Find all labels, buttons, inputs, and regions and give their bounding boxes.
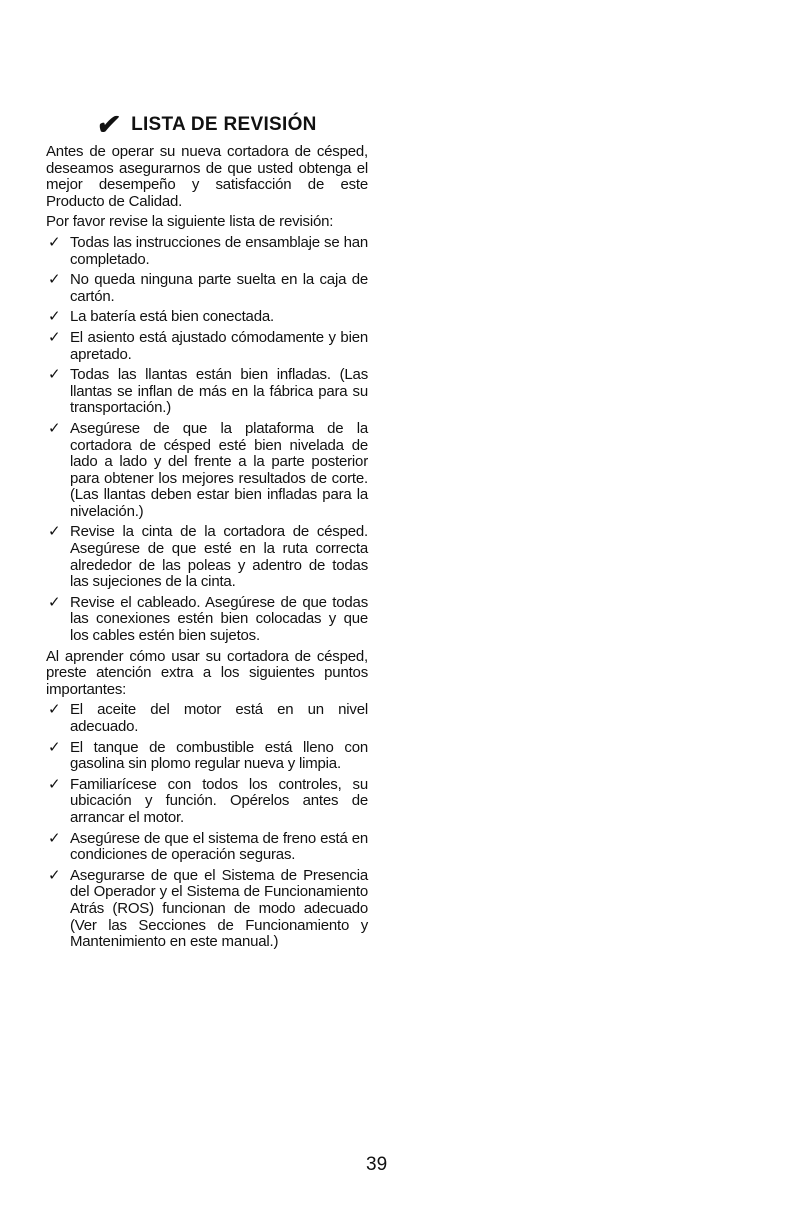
document-page: ✔ LISTA DE REVISIÓN Antes de operar su n… <box>0 0 791 1223</box>
checklist-item: ✓Revise el cableado. Asegúrese de que to… <box>46 595 368 645</box>
prompt-paragraph: Por favor revise la siguiente lista de r… <box>46 214 368 231</box>
operation-intro-paragraph: Al aprender cómo usar su cortadora de cé… <box>46 649 368 699</box>
check-icon: ✓ <box>48 272 60 289</box>
intro-paragraph: Antes de operar su nueva cortadora de cé… <box>46 144 368 210</box>
check-icon: ✓ <box>48 831 60 848</box>
checklist-item: ✓El aceite del motor está en un nivel ad… <box>46 702 368 735</box>
check-icon: ✓ <box>48 330 60 347</box>
check-icon: ✓ <box>48 309 60 326</box>
checklist-item: ✓El asiento está ajustado cómodamente y … <box>46 330 368 363</box>
checklist-item: ✓Asegurarse de que el Sistema de Presenc… <box>46 868 368 951</box>
check-icon: ✓ <box>48 524 60 541</box>
checklist-item: ✓Familiarícese con todos los controles, … <box>46 777 368 827</box>
section-title-text: LISTA DE REVISIÓN <box>131 112 317 138</box>
check-mark-icon: ✔ <box>95 112 122 138</box>
check-icon: ✓ <box>48 421 60 438</box>
check-icon: ✓ <box>48 367 60 384</box>
checklist-item: ✓Revise la cinta de la cortadora de césp… <box>46 524 368 590</box>
checklist-item: ✓Asegúrese de que el sistema de freno es… <box>46 831 368 864</box>
checklist-item: ✓Todas las instrucciones de ensamblaje s… <box>46 235 368 268</box>
section-title: ✔ LISTA DE REVISIÓN <box>46 112 368 138</box>
checklist-assembly: ✓Todas las instrucciones de ensamblaje s… <box>46 235 368 645</box>
check-icon: ✓ <box>48 595 60 612</box>
checklist-item: ✓No queda ninguna parte suelta en la caj… <box>46 272 368 305</box>
check-icon: ✓ <box>48 702 60 719</box>
checklist-operation: ✓El aceite del motor está en un nivel ad… <box>46 702 368 950</box>
checklist-item: ✓El tanque de combustible está lleno con… <box>46 740 368 773</box>
page-number: 39 <box>366 1154 387 1176</box>
text-column: ✔ LISTA DE REVISIÓN Antes de operar su n… <box>46 112 368 955</box>
check-icon: ✓ <box>48 777 60 794</box>
check-icon: ✓ <box>48 868 60 885</box>
checklist-item: ✓Asegúrese de que la plataforma de la co… <box>46 421 368 521</box>
check-icon: ✓ <box>48 235 60 252</box>
check-icon: ✓ <box>48 740 60 757</box>
checklist-item: ✓Todas las llantas están bien infladas. … <box>46 367 368 417</box>
checklist-item: ✓La batería está bien conectada. <box>46 309 368 326</box>
